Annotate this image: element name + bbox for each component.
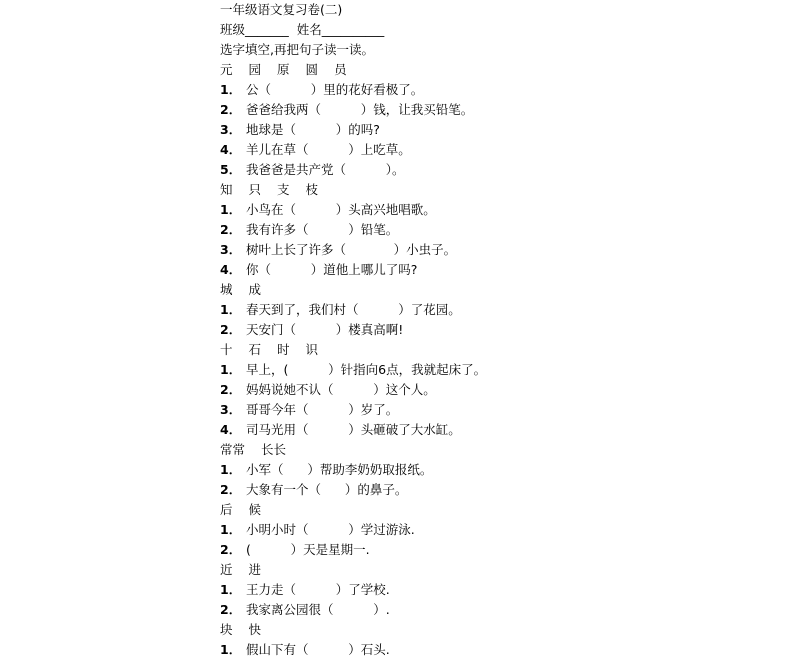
word-choice: 进 — [249, 560, 262, 580]
sentence-text: 我有许多（ ）铅笔。 — [246, 222, 398, 237]
fill-in-sentence: 4．司马光用（ ）头砸破了大水缸。 — [220, 420, 620, 440]
word-choice-row: 元园原圆员 — [220, 60, 620, 80]
word-choice: 十 — [220, 340, 233, 360]
item-number: 3． — [220, 400, 246, 420]
word-choice: 候 — [249, 500, 262, 520]
word-choice: 城 — [220, 280, 233, 300]
word-choice-row: 后候 — [220, 500, 620, 520]
word-choice: 石 — [249, 340, 262, 360]
fill-in-sentence: 2．天安门（ ）楼真高啊! — [220, 320, 620, 340]
fill-in-sentence: 1．王力走（ ）了学校. — [220, 580, 620, 600]
item-number: 1． — [220, 580, 246, 600]
word-choice-row: 知只支枝 — [220, 180, 620, 200]
word-choice: 只 — [249, 180, 262, 200]
word-choice: 知 — [220, 180, 233, 200]
fill-in-sentence: 2．大象有一个（ ）的鼻子。 — [220, 480, 620, 500]
word-choice: 支 — [277, 180, 290, 200]
instruction-text: 选字填空,再把句子读一读。 — [220, 40, 620, 60]
fill-in-sentence: 2．妈妈说她不认（ ）这个人。 — [220, 380, 620, 400]
sentence-text: ( ）天是星期一. — [246, 542, 370, 557]
word-choice: 近 — [220, 560, 233, 580]
fill-in-sentence: 4．你（ ）道他上哪儿了吗? — [220, 260, 620, 280]
sentence-text: 小军（ ）帮助李奶奶取报纸。 — [246, 462, 432, 477]
word-choice-row: 常常长长 — [220, 440, 620, 460]
fill-in-sentence: 3．地球是（ ）的吗? — [220, 120, 620, 140]
fill-in-sentence: 1．早上，( ）针指向6点，我就起床了。 — [220, 360, 620, 380]
fill-in-sentence: 1．小鸟在（ ）头高兴地唱歌。 — [220, 200, 620, 220]
sentence-text: 我爸爸是共产党（ ）。 — [246, 162, 404, 177]
word-choice: 后 — [220, 500, 233, 520]
item-number: 1． — [220, 520, 246, 540]
item-number: 2． — [220, 540, 246, 560]
item-number: 2． — [220, 220, 246, 240]
item-number: 1． — [220, 360, 246, 380]
word-choice: 成 — [249, 280, 262, 300]
sentence-text: 妈妈说她不认（ ）这个人。 — [246, 382, 436, 397]
word-choice: 时 — [277, 340, 290, 360]
page-title: 一年级语文复习卷(二) — [220, 0, 620, 20]
item-number: 2． — [220, 380, 246, 400]
sentence-text: 大象有一个（ ）的鼻子。 — [246, 482, 407, 497]
item-number: 3． — [220, 240, 246, 260]
word-choice: 枝 — [306, 180, 319, 200]
item-number: 2． — [220, 600, 246, 620]
sentence-text: 我家离公园很（ ）. — [246, 602, 390, 617]
sentence-text: 哥哥今年（ ）岁了。 — [246, 402, 398, 417]
fill-in-sentence: 3．树叶上长了许多（ ）小虫子。 — [220, 240, 620, 260]
sentence-text: 春天到了，我们村（ ）了花园。 — [246, 302, 461, 317]
worksheet-document: 一年级语文复习卷(二) 班级_______ 姓名__________ 选字填空,… — [220, 0, 620, 660]
word-choice: 员 — [334, 60, 347, 80]
fill-in-sentence: 1．公（ ）里的花好看极了。 — [220, 80, 620, 100]
exercise-sections: 元园原圆员1．公（ ）里的花好看极了。2．爸爸给我两（ ）钱，让我买铅笔。3．地… — [220, 60, 620, 660]
word-choice-row: 近进 — [220, 560, 620, 580]
class-name-fields: 班级_______ 姓名__________ — [220, 20, 620, 40]
fill-in-sentence: 2．( ）天是星期一. — [220, 540, 620, 560]
fill-in-sentence: 1．假山下有（ ）石头. — [220, 640, 620, 660]
item-number: 1． — [220, 460, 246, 480]
sentence-text: 早上，( ）针指向6点，我就起床了。 — [246, 362, 486, 377]
word-choice: 园 — [249, 60, 262, 80]
item-number: 1． — [220, 200, 246, 220]
sentence-text: 爸爸给我两（ ）钱，让我买铅笔。 — [246, 102, 473, 117]
item-number: 2． — [220, 100, 246, 120]
sentence-text: 你（ ）道他上哪儿了吗? — [246, 262, 417, 277]
fill-in-sentence: 1．小军（ ）帮助李奶奶取报纸。 — [220, 460, 620, 480]
sentence-text: 王力走（ ）了学校. — [246, 582, 390, 597]
sentence-text: 羊儿在草（ ）上吃草。 — [246, 142, 411, 157]
item-number: 5． — [220, 160, 246, 180]
word-choice: 块 — [220, 620, 233, 640]
item-number: 2． — [220, 480, 246, 500]
fill-in-sentence: 2．我有许多（ ）铅笔。 — [220, 220, 620, 240]
sentence-text: 小鸟在（ ）头高兴地唱歌。 — [246, 202, 436, 217]
fill-in-sentence: 1．春天到了，我们村（ ）了花园。 — [220, 300, 620, 320]
item-number: 3． — [220, 120, 246, 140]
word-choice: 快 — [249, 620, 262, 640]
word-choice: 常常 — [220, 440, 245, 460]
sentence-text: 司马光用（ ）头砸破了大水缸。 — [246, 422, 461, 437]
word-choice-row: 十石时识 — [220, 340, 620, 360]
sentence-text: 小明小时（ ）学过游泳. — [246, 522, 415, 537]
sentence-text: 树叶上长了许多（ ）小虫子。 — [246, 242, 456, 257]
word-choice: 元 — [220, 60, 233, 80]
sentence-text: 天安门（ ）楼真高啊! — [246, 322, 403, 337]
word-choice: 圆 — [306, 60, 319, 80]
word-choice: 原 — [277, 60, 290, 80]
sentence-text: 公（ ）里的花好看极了。 — [246, 82, 423, 97]
item-number: 4． — [220, 420, 246, 440]
fill-in-sentence: 4．羊儿在草（ ）上吃草。 — [220, 140, 620, 160]
item-number: 2． — [220, 320, 246, 340]
fill-in-sentence: 5．我爸爸是共产党（ ）。 — [220, 160, 620, 180]
item-number: 1． — [220, 300, 246, 320]
sentence-text: 地球是（ ）的吗? — [246, 122, 380, 137]
item-number: 4． — [220, 140, 246, 160]
word-choice-row: 块快 — [220, 620, 620, 640]
fill-in-sentence: 1．小明小时（ ）学过游泳. — [220, 520, 620, 540]
fill-in-sentence: 2．我家离公园很（ ）. — [220, 600, 620, 620]
word-choice-row: 城成 — [220, 280, 620, 300]
fill-in-sentence: 3．哥哥今年（ ）岁了。 — [220, 400, 620, 420]
sentence-text: 假山下有（ ）石头. — [246, 642, 390, 657]
item-number: 1． — [220, 80, 246, 100]
item-number: 1． — [220, 640, 246, 660]
word-choice: 长长 — [261, 440, 286, 460]
fill-in-sentence: 2．爸爸给我两（ ）钱，让我买铅笔。 — [220, 100, 620, 120]
item-number: 4． — [220, 260, 246, 280]
word-choice: 识 — [306, 340, 319, 360]
